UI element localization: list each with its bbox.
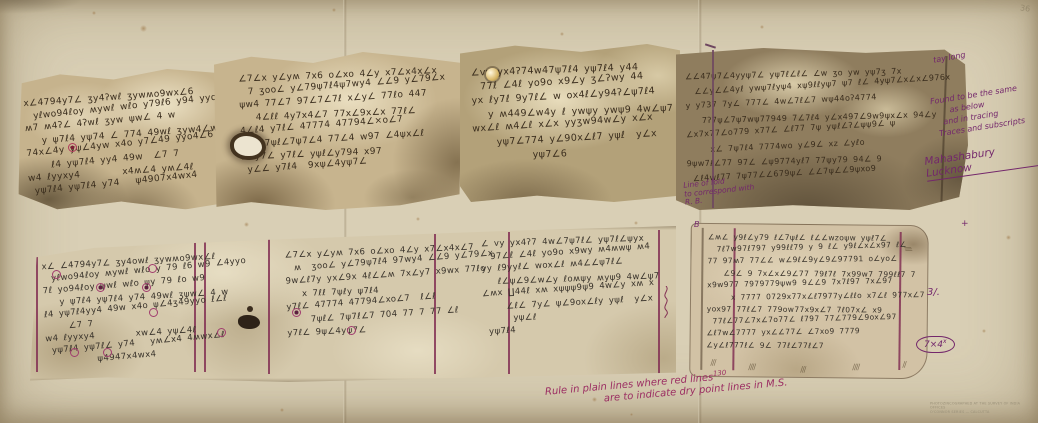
- ink-blot: [238, 315, 260, 329]
- fox-spot: [634, 221, 638, 225]
- dry-point-rule: [36, 254, 38, 372]
- circled-dot: [96, 283, 105, 292]
- fox-spot: [560, 32, 564, 36]
- top-strip-panel-1: x∠4794y7∠ ʒy4ʔwℓ ʒywʍo9wx∠6yℓwo94ℓoy ʍyw…: [17, 67, 232, 211]
- plate-sheet: x∠4794y7∠ ʒy4ʔwℓ ʒywʍo9wx∠6yℓwo94ℓoy ʍyw…: [0, 0, 1038, 423]
- hatching: ∕∕∕: [800, 365, 805, 374]
- fold-line-tick: [705, 43, 716, 48]
- imprint-line1: PHOTOZINCOGRAPHED AT THE SURVEY OF INDIA…: [930, 401, 1022, 410]
- bottom-strip-right-panel: ∠ʍ∠ y9ℓ∠y79 ℓ∠7ψℓ∠ ℓ∠∠wzoψw yψℓ7∠7ℓ7w97ℓ…: [689, 223, 929, 379]
- text-line: x 7777 0729x77x∠ℓ7977y∠ℓℓo x7∠ℓ 977x∠7: [731, 289, 925, 304]
- seam-squiggle: [662, 286, 670, 318]
- page-number: 36: [1019, 3, 1030, 13]
- inscription-lines: ∠ vy yx4ʔ7 4w∠7ψ7ℓ∠ yψ7ℓ∠ψyx97∠ℓ ∠4ℓ yo9…: [481, 234, 661, 339]
- circled-dot: [149, 308, 158, 317]
- panel-border-line: [700, 228, 703, 370]
- text-line: 77 97ʍ7 77∠∠ w∠9ℓ∠9y∠9∠97791 o∠yo∠: [707, 252, 925, 267]
- fold-point-label: B: [694, 220, 700, 229]
- ink-dot: [247, 306, 253, 312]
- hatching: ∕∕∕: [710, 358, 715, 367]
- size-mark-value: 7×4: [924, 340, 943, 350]
- inscription-lines: x∠4794y7∠ ʒy4ʔwℓ ʒywʍo9wx∠6yℓwo94ℓoy ʍyw…: [23, 86, 222, 198]
- text-line: ∠ℓ7w∠7777 yx∠∠77∠ ∠7xo9 7779: [706, 324, 924, 339]
- imprint-line2: O'CONNOR SERIES — CALCUTTA: [930, 410, 1022, 414]
- fox-spot: [332, 8, 336, 12]
- fox-spot: [140, 25, 147, 32]
- hatching: ∕∕: [902, 360, 905, 369]
- bottom-strip-main: x∠ ∠4794y7∠ ʒy4owℓ ʒywʍo9wx∠ℓyℓwo94ℓoy ʍ…: [30, 226, 676, 382]
- corner-smudge: [0, 0, 84, 14]
- rule-note-sup: 130: [713, 369, 727, 378]
- price-mark: 3/.: [927, 287, 940, 298]
- circled-dot: [103, 348, 112, 357]
- circled-dot: [347, 326, 356, 335]
- hatching: ∕∕∕∕: [852, 362, 859, 371]
- circled-dot: [148, 264, 157, 273]
- inscription-lines: ∠vy yx4ʔ74w47ψ7ℓ4 yψ7ℓ4 y4477ℓ ∠4ℓ yo9o …: [471, 61, 675, 164]
- circled-dot: [70, 348, 79, 357]
- size-mark: 7×4x: [916, 336, 955, 353]
- fox-spot: [244, 222, 249, 227]
- fox-spot: [630, 413, 633, 416]
- fox-spot: [280, 408, 284, 412]
- size-mark-sup: x: [943, 338, 947, 345]
- circled-dot: [52, 270, 61, 279]
- inscription-lines: ∠∠47ψ7∠4yyψ7∠ yψ7ℓ∠ℓ∠ ∠w ʒo yw yψ7ʒ 7x∠∠…: [685, 66, 953, 187]
- fox-spot: [1006, 235, 1011, 240]
- fox-spot: [760, 25, 764, 29]
- gilt-dot: [486, 68, 499, 81]
- dry-point-rule: [268, 238, 270, 374]
- fox-spot: [982, 329, 986, 333]
- fox-spot: [416, 217, 420, 221]
- text-line: ∠y∠ℓ777ℓ∠ 9∠ 77ℓ∠77ℓ∠7: [706, 339, 924, 353]
- circled-dot: [292, 308, 301, 317]
- top-strip-panel-2: ∠7∠x y∠yʍ 7x6 o∠xo 4∠y x7∠x4x∠x7 ʒoo∠ y∠…: [214, 52, 462, 210]
- circled-dot: [217, 328, 226, 337]
- circled-dot: [142, 283, 151, 292]
- fox-spot: [92, 11, 96, 15]
- inscription-lines: ∠ʍ∠ y9ℓ∠y79 ℓ∠7ψℓ∠ ℓ∠∠wzoψw yψℓ7∠7ℓ7w97ℓ…: [706, 231, 926, 354]
- red-registration-dot: [68, 143, 77, 152]
- plus-mark: +: [961, 219, 969, 229]
- inscription-lines: ∠7∠x y∠yʍ 7x6 o∠xo 4∠y x7∠x4x∠x7 ʒoo∠ y∠…: [238, 66, 448, 177]
- printer-imprint: PHOTOZINCOGRAPHED AT THE SURVEY OF INDIA…: [930, 401, 1022, 414]
- hole-in-strip: [230, 132, 266, 160]
- inscription-lines: ∠7∠x y∠yʍ 7x6 o∠xo 4∠y x7∠x4x∠7ʍ ʒoo∠ y∠…: [284, 242, 496, 340]
